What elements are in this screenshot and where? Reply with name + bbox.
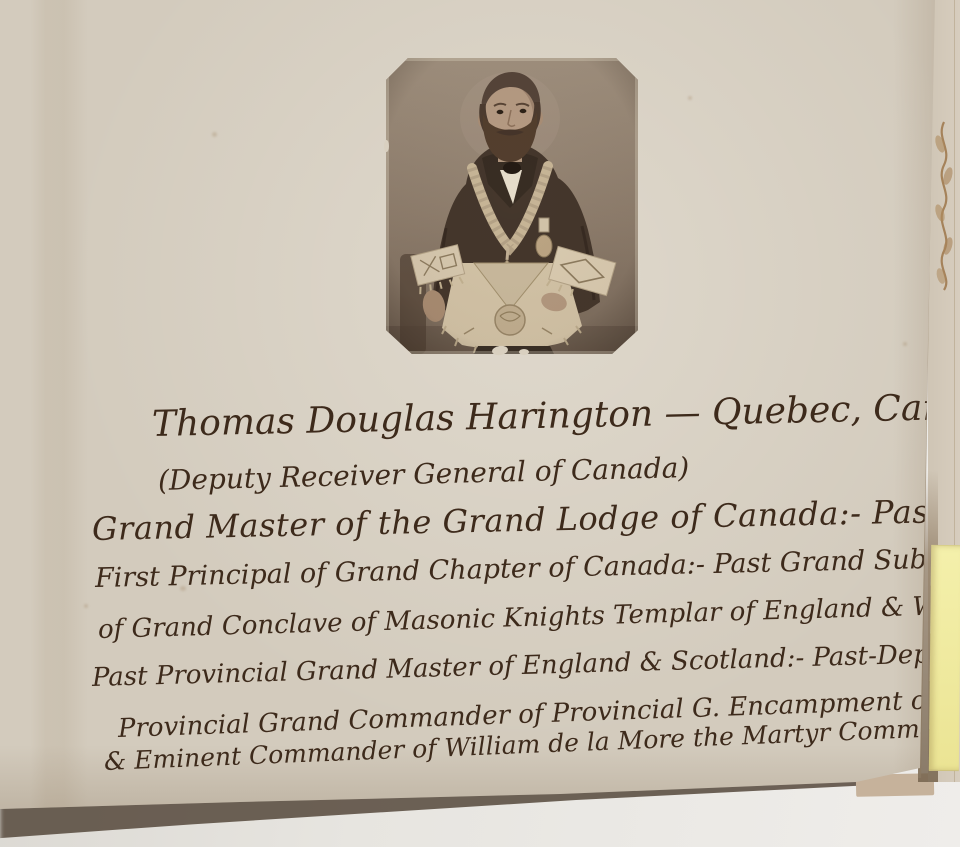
portrait-photo: [386, 58, 638, 354]
photo-damage-chip: [491, 345, 508, 356]
photo-damage-chip: [519, 349, 529, 355]
inscription-line-6: Past Provincial Grand Master of England …: [92, 638, 960, 693]
album-page-paper: Thomas Douglas Harington — Quebec, Canad…: [0, 0, 960, 810]
foxing-spot: [688, 96, 692, 100]
inscription-line-1: Thomas Douglas Harington — Quebec, Canad…: [152, 386, 960, 445]
foxing-spot: [903, 342, 907, 346]
inscription-line-3: Grand Master of the Grand Lodge of Canad…: [92, 491, 960, 548]
inscription-line-5: of Grand Conclave of Masonic Knights Tem…: [98, 590, 960, 645]
floral-scroll-ornament: [933, 118, 955, 293]
portrait-illustration: [386, 58, 638, 354]
yellow-sticky-note: [929, 545, 960, 771]
adjacent-page-ornament: [933, 118, 955, 293]
album-photo-page: { "album_page": { "inscription_lines": […: [0, 0, 960, 847]
foxing-spot: [212, 132, 217, 137]
foxing-spot: [84, 604, 88, 608]
inscription-line-4: First Principal of Grand Chapter of Cana…: [95, 543, 960, 594]
photo-damage-chip: [384, 140, 389, 152]
inscription-line-2: (Deputy Receiver General of Canada): [158, 451, 690, 497]
photo-vignette: [386, 58, 638, 354]
